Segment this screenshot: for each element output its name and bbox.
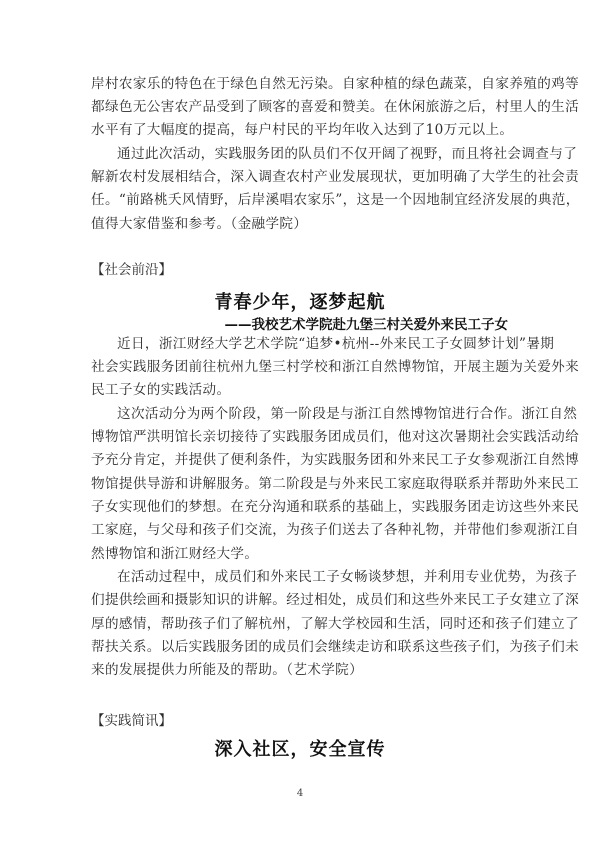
page-number: 4: [0, 788, 600, 800]
paragraph-line: 博物馆严洪明馆长亲切接待了实践服务团成员们，他对这次暑期社会实践活动给: [91, 428, 509, 446]
paragraph-line: 子女实现他们的梦想。在充分沟通和联系的基础上，实践服务团走访这些外来民: [91, 498, 509, 516]
article-title: 深入社区，安全宣传: [0, 739, 600, 761]
section-tag: 【社会前沿】: [91, 261, 172, 279]
paragraph-line: 予充分肯定，并提供了便利条件，为实践服务团和外来民工子女参观浙江自然博: [91, 451, 509, 469]
paragraph-line: 然博物馆和浙江财经大学。: [91, 545, 509, 563]
paragraph-line: 都绿色无公害农产品受到了顾客的喜爱和赞美。在休闲旅游之后，村里人的生活: [91, 98, 509, 116]
paragraph-line: 来的发展提供力所能及的帮助。（艺术学院）: [91, 661, 509, 679]
paragraph-line: 解新农村发展相结合，深入调查农村产业发展现状，更加明确了大学生的社会责: [91, 168, 509, 186]
paragraph-line: 任。“前路桃夭风情野，后岸溪唱农家乐”，这是一个因地制宜经济发展的典范，: [91, 191, 509, 209]
paragraph-line: 通过此次活动，实践服务团的队员们不仅开阔了视野，而且将社会调查与了: [117, 145, 509, 163]
document-page: 岸村农家乐的特色在于绿色自然无污染。自家种植的绿色蔬菜，自家养殖的鸡等 都绿色无…: [0, 0, 600, 848]
paragraph-line: 水平有了大幅度的提高，每户村民的平均年收入达到了10万元以上。: [91, 121, 509, 139]
paragraph-line: 岸村农家乐的特色在于绿色自然无污染。自家种植的绿色蔬菜，自家养殖的鸡等: [91, 75, 509, 93]
paragraph-line: 民工子女的实践活动。: [91, 381, 509, 399]
article-subtitle: ——我校艺术学院赴九堡三村关爱外来民工子女: [225, 316, 509, 334]
paragraph-line: 物馆提供导游和讲解服务。第二阶段是与外来民工家庭取得联系并帮助外来民工: [91, 475, 509, 493]
paragraph-line: 社会实践服务团前往杭州九堡三村学校和浙江自然博物馆，开展主题为关爱外来: [91, 358, 509, 376]
paragraph-line: 近日，浙江财经大学艺术学院“追梦•杭州--外来民工子女圆梦计划”暑期: [117, 335, 509, 353]
article-title: 青春少年，逐梦起航: [0, 292, 600, 314]
paragraph-line: 帮扶关系。以后实践服务团的成员们会继续走访和联系这些孩子们，为孩子们未: [91, 638, 509, 656]
paragraph-line: 这次活动分为两个阶段，第一阶段是与浙江自然博物馆进行合作。浙江自然: [117, 405, 509, 423]
section-tag: 【实践简讯】: [91, 712, 172, 730]
paragraph-line: 厚的感情，帮助孩子们了解杭州，了解大学校园和生活，同时还和孩子们建立了: [91, 615, 509, 633]
paragraph-line: 值得大家借鉴和参考。（金融学院）: [91, 215, 509, 233]
paragraph-line: 们提供绘画和摄影知识的讲解。经过相处，成员们和这些外来民工子女建立了深: [91, 591, 509, 609]
paragraph-line: 工家庭，与父母和孩子们交流，为孩子们送去了各种礼物，并带他们参观浙江自: [91, 521, 509, 539]
paragraph-line: 在活动过程中，成员们和外来民工子女畅谈梦想，并利用专业优势，为孩子: [117, 568, 509, 586]
